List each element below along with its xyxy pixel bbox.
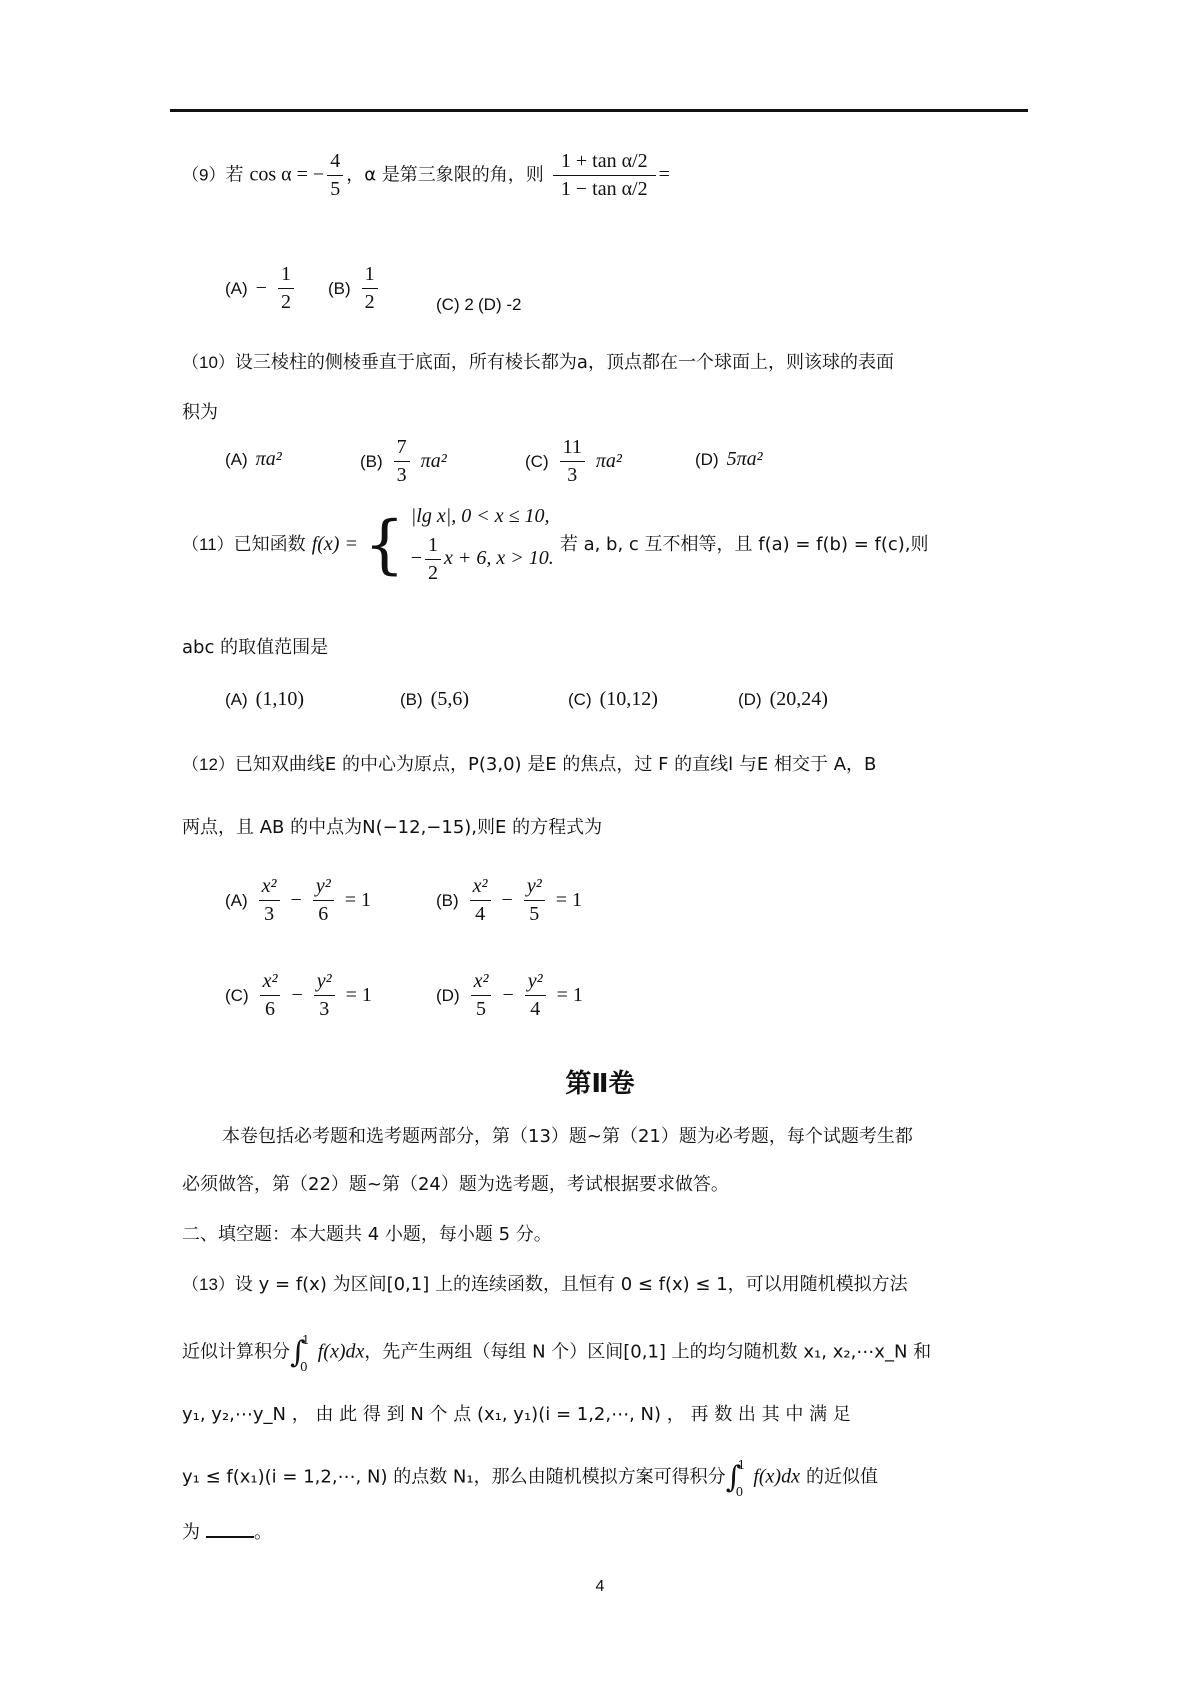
question-number: （9） xyxy=(182,166,225,185)
option-b[interactable]: (B)73πa² xyxy=(360,436,447,487)
question-13: （13）设 y = f(x) 为区间[0,1] 上的连续函数，且恒有 0 ≤ f… xyxy=(182,1270,908,1296)
page-number: 4 xyxy=(0,1578,1200,1596)
question-10: （10）设三棱柱的侧棱垂直于底面，所有棱长都为a，顶点都在一个球面上，则该球的表… xyxy=(182,348,894,374)
question-10-line2: 积为 xyxy=(182,398,218,424)
question-12-line2: 两点，且 AB 的中点为N(−12,−15),则E 的方程式为 xyxy=(182,813,602,839)
question-number: （11） xyxy=(182,535,234,554)
question-13-line3: y₁, y₂,⋯y_N ， 由 此 得 到 N 个 点 (x₁, y₁)(i =… xyxy=(182,1400,851,1426)
option-c[interactable]: (C)x²6−y²3= 1 xyxy=(225,970,372,1021)
question-12: （12）已知双曲线E 的中心为原点，P(3,0) 是E 的焦点，过 F 的直线l… xyxy=(182,750,876,776)
question-13-line5: 为 。 xyxy=(182,1518,272,1544)
option-d[interactable]: (D)(20,24) xyxy=(738,688,828,711)
question-number: （10） xyxy=(182,353,235,372)
header-rule xyxy=(170,109,1028,112)
part-intro-line2: 必须做答，第（22）题~第（24）题为选考题，考试根据要求做答。 xyxy=(182,1170,729,1196)
integral-sign: ∫10 xyxy=(726,1460,742,1495)
answer-blank[interactable] xyxy=(206,1520,254,1538)
option-c[interactable]: (C)113πa² xyxy=(525,436,622,487)
piecewise-cases: |lg x|, 0 < x ≤ 10, −12x + 6, x > 10. xyxy=(411,505,554,585)
question-number: （13） xyxy=(182,1275,235,1294)
question-11-line2: abc 的取值范围是 xyxy=(182,633,328,659)
option-b[interactable]: (B)12 xyxy=(328,263,381,314)
part-title: 第Ⅱ卷 xyxy=(0,1063,1200,1100)
option-a[interactable]: (A)−12 xyxy=(225,263,297,314)
tan-half-expression: 1 + tan α/21 − tan α/2 xyxy=(553,150,656,201)
part-intro-line1: 本卷包括必考题和选考题两部分，第（13）题~第（21）题为必考题，每个试题考生都 xyxy=(222,1122,913,1148)
option-a[interactable]: (A)(1,10) xyxy=(225,688,304,711)
question-11: （11）已知函数 f(x) = { |lg x|, 0 < x ≤ 10, −1… xyxy=(182,505,929,585)
question-9: （9）若 cos α = −45，α 是第三象限的角，则 1 + tan α/2… xyxy=(182,150,670,201)
question-number: （12） xyxy=(182,755,235,774)
fraction: 45 xyxy=(327,150,343,201)
option-b[interactable]: (B)x²4−y²5= 1 xyxy=(436,875,582,926)
cos-expr: cos α = − xyxy=(250,164,325,186)
option-c[interactable]: (C)(10,12) xyxy=(568,688,658,711)
option-a[interactable]: (A)πa² xyxy=(225,448,282,471)
option-b[interactable]: (B)(5,6) xyxy=(400,688,469,711)
option-d[interactable]: (D)5πa² xyxy=(695,448,763,471)
option-d[interactable]: (D) -2 xyxy=(478,295,521,315)
question-13-line4: y₁ ≤ f(x₁)(i = 1,2,⋯, N) 的点数 N₁，那么由随机模拟方… xyxy=(182,1460,878,1495)
section-heading: 二、填空题：本大题共 4 小题，每小题 5 分。 xyxy=(182,1220,552,1246)
option-a[interactable]: (A)x²3−y²6= 1 xyxy=(225,875,371,926)
integral-sign: ∫10 xyxy=(290,1335,306,1370)
option-d[interactable]: (D)x²5−y²4= 1 xyxy=(436,970,583,1021)
option-c[interactable]: (C) 2 xyxy=(436,295,474,315)
left-brace: { xyxy=(364,508,405,582)
question-13-line2: 近似计算积分∫10 f(x)dx，先产生两组（每组 N 个）区间[0,1] 上的… xyxy=(182,1335,931,1370)
